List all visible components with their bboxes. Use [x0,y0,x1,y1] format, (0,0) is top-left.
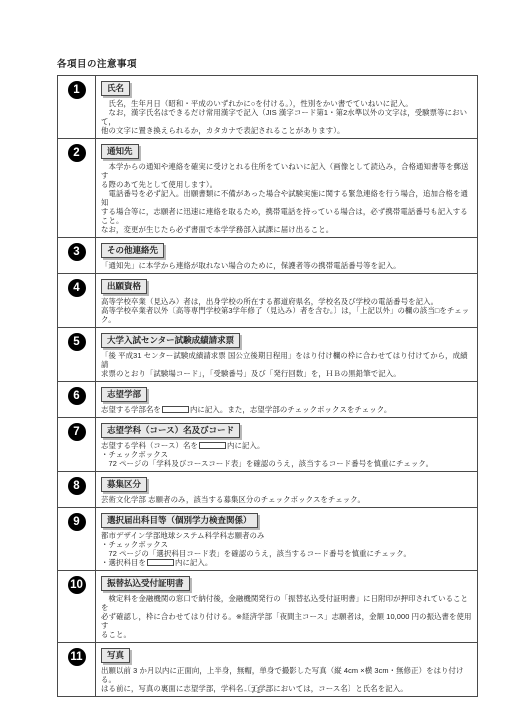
item-number-badge: 11 [68,648,86,666]
blank-field [162,406,189,413]
text-segment: 内に記入。 [175,558,212,567]
note-row: 9選択届出科目等（個別学力検査関係）都市デザイン学部地球システム科学科志願者のみ… [58,507,477,570]
section-heading: 選択届出科目等（個別学力検査関係） [101,513,258,528]
note-line: なお，漢字氏名はできるだけ常用漢字で記入（JIS 漢字コード第1・第2水準以外の… [101,108,472,126]
note-line: 志望する学部名を内に記入。また，志望学部のチェックボックスをチェック。 [101,405,472,414]
note-body: その他連絡先「通知先」に本学から連絡が取れない場合のために，保護者等の携帯電話番… [96,238,477,273]
page-number: - 71 - [0,686,513,695]
note-row: 3その他連絡先「通知先」に本学から連絡が取れない場合のために，保護者等の携帯電話… [58,237,477,273]
text-segment: 志望する学部名を [101,405,161,414]
text-segment: 72 ページの「学科及びコースコード表」を確認のうえ，該当するコード番号を慎重に… [101,459,433,468]
item-number-badge: 3 [68,243,86,261]
note-row: 1氏名 氏名，生年月日（昭和・平成のいずれかに○を付ける。），性別をかい書でてい… [58,76,477,138]
note-line: ・選択科目を内に記入。 [101,558,472,567]
note-line: 「通知先」に本学から連絡が取れない場合のために，保護者等の携帯電話番号等を記入。 [101,261,472,270]
note-line: 72 ページの「選択科目コード表」を確認のうえ，該当するコード番号を慎重にチェッ… [101,549,472,558]
page-title: 各項目の注意事項 [57,56,478,70]
item-number-cell: 8 [58,472,96,507]
note-row: 2通知先 本学からの通知や連絡を確実に受けとれる住所をていねいに記入（画像として… [58,138,477,237]
item-number-cell: 2 [58,139,96,237]
text-segment: 都市デザイン学部地球システム科学科志願者のみ [101,531,265,540]
item-number-badge: 7 [68,423,86,441]
section-heading: 大学入試センター試験成績請求票 [101,333,240,348]
note-row: 4出願資格高等学校卒業（見込み）者は，出身学校の所在する都道府県名，学校名及び学… [58,273,477,327]
item-number-cell: 4 [58,274,96,327]
text-segment: 求票のとおり「試験場コード」，「受験番号」及び「発行回数」を，ＨＢの黒鉛筆で記入… [101,369,401,378]
text-segment: ・選択科目を [101,558,146,567]
text-segment: 芸術文化学部 志願者のみ，該当する募集区分のチェックボックスをチェック。 [101,495,365,504]
note-line: 他の文字に置き換えられるか，カタカナで表記されることがあります）。 [101,126,472,135]
item-number-badge: 9 [68,513,86,531]
item-number-badge: 5 [68,333,86,351]
note-line: 志望する学科（コース）名を内に記入。 [101,441,472,450]
blank-field [147,559,174,566]
section-heading: その他連絡先 [101,243,164,258]
section-heading: 振替払込受付証明書 [101,576,190,591]
section-heading: 出願資格 [101,279,147,294]
text-segment: 高等学校卒業者以外〔高等専門学校第3学年修了（見込み）者を含む。〕は，「上記以外… [101,306,469,324]
note-line: 芸術文化学部 志願者のみ，該当する募集区分のチェックボックスをチェック。 [101,495,472,504]
note-line: 検定料を金融機関の窓口で納付後，金融機関発行の「振替払込受付証明書」に日附印が押… [101,594,472,612]
text-segment: する場合等に，志願者に迅速に連絡を取るため，携帯電話を持っている場合は，必ず携帯… [101,207,468,225]
note-line: 必ず確認し，枠に合わせてはり付ける。※経済学部「夜間主コース」志願者は，金額 1… [101,612,472,630]
note-line: 72 ページの「学科及びコースコード表」を確認のうえ，該当するコード番号を慎重に… [101,459,472,468]
section-heading: 志望学科（コース）名及びコード [101,423,240,438]
text-segment: 高等学校卒業（見込み）者は，出身学校の所在する都道府県名，学校名及び学校の電話番… [101,297,438,306]
text-segment: 出願以前 3 か月以内に正面向，上半身，無帽，単身で撮影した写真（縦 4cm ×… [101,666,464,684]
text-segment: 氏名，生年月日（昭和・平成のいずれかに○を付ける。），性別をかい書でていねいに記… [101,99,413,108]
note-line: 高等学校卒業者以外〔高等専門学校第3学年修了（見込み）者を含む。〕は，「上記以外… [101,306,472,324]
note-row: 10振替払込受付証明書 検定料を金融機関の窓口で納付後，金融機関発行の「振替払込… [58,570,477,642]
note-body: 選択届出科目等（個別学力検査関係）都市デザイン学部地球システム科学科志願者のみ・… [96,508,477,570]
item-number-badge: 1 [68,81,86,99]
document-page: 各項目の注意事項 1氏名 氏名，生年月日（昭和・平成のいずれかに○を付ける。），… [0,0,513,720]
text-segment: 検定料を金融機関の窓口で納付後，金融機関発行の「振替払込受付証明書」に日附印が押… [101,594,468,612]
section-heading: 募集区分 [101,477,147,492]
text-segment: 「後 平成31 センター試験成績請求票 国公立後期日程用」をはり付け欄の枠に合わ… [101,351,468,369]
note-line: なお，変更が生じたら必ず書面で本学学務部入試課に届け出ること。 [101,225,472,234]
text-segment: 「通知先」に本学から連絡が取れない場合のために，保護者等の携帯電話番号等を記入。 [101,261,401,270]
section-heading: 氏名 [101,81,130,96]
note-row: 8募集区分芸術文化学部 志願者のみ，該当する募集区分のチェックボックスをチェック… [58,471,477,507]
text-segment: 内に記入。また，志望学部のチェックボックスをチェック。 [190,405,391,414]
text-segment: ・チェックボックス [101,450,168,459]
note-line: 出願以前 3 か月以内に正面向，上半身，無帽，単身で撮影した写真（縦 4cm ×… [101,666,472,684]
text-segment: 内に記入。 [227,441,264,450]
item-number-badge: 10 [68,576,86,594]
text-segment: ・チェックボックス [101,540,168,549]
note-line: る際のあて先として使用します）。 [101,180,472,189]
note-body: 志望学科（コース）名及びコード志望する学科（コース）名を内に記入。・チェックボッ… [96,418,477,471]
note-body: 通知先 本学からの通知や連絡を確実に受けとれる住所をていねいに記入（画像として読… [96,139,477,237]
item-number-cell: 6 [58,382,96,417]
note-body: 志望学部志望する学部名を内に記入。また，志望学部のチェックボックスをチェック。 [96,382,477,417]
item-number-cell: 9 [58,508,96,570]
note-line: 都市デザイン学部地球システム科学科志願者のみ [101,531,472,540]
text-segment: なお，漢字氏名はできるだけ常用漢字で記入（JIS 漢字コード第1・第2水準以外の… [101,108,467,126]
notes-table: 1氏名 氏名，生年月日（昭和・平成のいずれかに○を付ける。），性別をかい書でてい… [57,75,478,697]
note-row: 7志望学科（コース）名及びコード志望する学科（コース）名を内に記入。・チェックボ… [58,417,477,471]
section-heading: 通知先 [101,144,139,159]
item-number-cell: 10 [58,571,96,642]
note-body: 氏名 氏名，生年月日（昭和・平成のいずれかに○を付ける。），性別をかい書でていね… [96,76,477,138]
note-row: 6志望学部志望する学部名を内に記入。また，志望学部のチェックボックスをチェック。 [58,381,477,417]
item-number-cell: 7 [58,418,96,471]
item-number-cell: 1 [58,76,96,138]
text-segment: 他の文字に置き換えられるか，カタカナで表記されることがあります）。 [101,126,345,135]
item-number-badge: 6 [68,387,86,405]
note-line: 電話番号を必ず記入。出願書類に不備があった場合や試験実施に関する緊急連絡を行う場… [101,189,472,207]
item-number-badge: 8 [68,477,86,495]
text-segment: 必ず確認し，枠に合わせてはり付ける。※経済学部「夜間主コース」志願者は，金額 1… [101,612,472,630]
blank-field [199,442,226,449]
text-segment: なお，変更が生じたら必ず書面で本学学務部入試課に届け出ること。 [101,225,333,234]
note-line: ること。 [101,630,472,639]
note-line: 本学からの通知や連絡を確実に受けとれる住所をていねいに記入（画像として読込み，合… [101,162,472,180]
text-segment: 72 ページの「選択科目コード表」を確認のうえ，該当するコード番号を慎重にチェッ… [101,549,411,558]
note-body: 出願資格高等学校卒業（見込み）者は，出身学校の所在する都道府県名，学校名及び学校… [96,274,477,327]
note-line: ・チェックボックス [101,540,472,549]
note-body: 募集区分芸術文化学部 志願者のみ，該当する募集区分のチェックボックスをチェック。 [96,472,477,507]
note-body: 大学入試センター試験成績請求票「後 平成31 センター試験成績請求票 国公立後期… [96,328,477,381]
text-segment: 電話番号を必ず記入。出願書類に不備があった場合や試験実施に関する緊急連絡を行う場… [101,189,468,207]
item-number-cell: 3 [58,238,96,273]
document-content: 各項目の注意事項 1氏名 氏名，生年月日（昭和・平成のいずれかに○を付ける。），… [57,56,478,697]
section-heading: 写真 [101,648,130,663]
note-body: 振替払込受付証明書 検定料を金融機関の窓口で納付後，金融機関発行の「振替払込受付… [96,571,477,642]
section-heading: 志望学部 [101,387,147,402]
note-line: 「後 平成31 センター試験成績請求票 国公立後期日程用」をはり付け欄の枠に合わ… [101,351,472,369]
text-segment: 本学からの通知や連絡を確実に受けとれる住所をていねいに記入（画像として読込み，合… [101,162,469,180]
text-segment: ること。 [101,630,131,639]
note-line: 求票のとおり「試験場コード」，「受験番号」及び「発行回数」を，ＨＢの黒鉛筆で記入… [101,369,472,378]
note-line: ・チェックボックス [101,450,472,459]
note-line: する場合等に，志願者に迅速に連絡を取るため，携帯電話を持っている場合は，必ず携帯… [101,207,472,225]
text-segment: 志望する学科（コース）名を [101,441,198,450]
note-line: 氏名，生年月日（昭和・平成のいずれかに○を付ける。），性別をかい書でていねいに記… [101,99,472,108]
item-number-cell: 5 [58,328,96,381]
item-number-badge: 4 [68,279,86,297]
note-line: 高等学校卒業（見込み）者は，出身学校の所在する都道府県名，学校名及び学校の電話番… [101,297,472,306]
text-segment: る際のあて先として使用します）。 [101,180,217,189]
item-number-badge: 2 [68,144,86,162]
note-row: 5大学入試センター試験成績請求票「後 平成31 センター試験成績請求票 国公立後… [58,327,477,381]
